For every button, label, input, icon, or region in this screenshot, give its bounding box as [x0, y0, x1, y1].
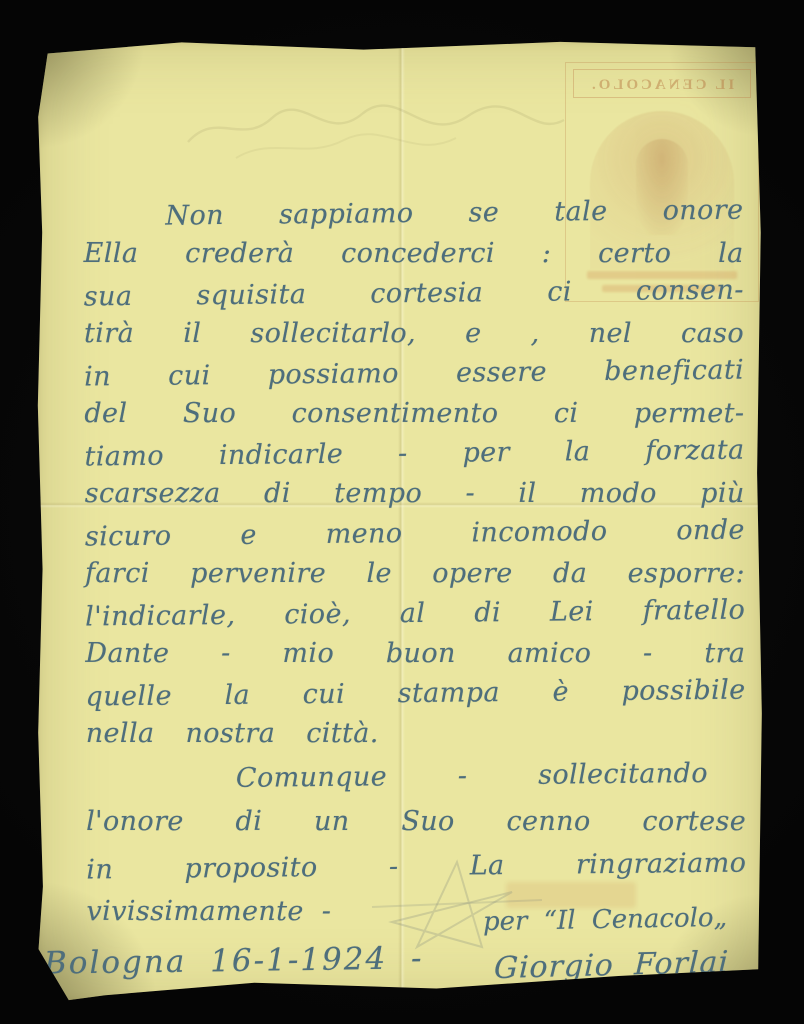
letter-line-12: Dante - mio buon amico - tra [85, 635, 745, 675]
letter-line-6: del Suo consentimento ci permet- [84, 395, 744, 435]
letter-line-3: sua squisita cortesia ci consen- [84, 272, 744, 319]
scan-background: IL CENACOLO. Non sappiamo se tale onore … [0, 0, 804, 1024]
bleedthrough-marks [176, 80, 576, 170]
letter-line-9: sicuro e meno incomodo onde [85, 512, 745, 559]
letter-line-11: l'indicarle, cioè, al di Lei fratello [85, 592, 745, 639]
letter-line-8: scarsezza di tempo - il modo più [85, 475, 745, 515]
letter-line-16: l'onore di un Suo cenno cortese [86, 800, 746, 845]
dateline: Bologna 16-1-1924 - [44, 940, 424, 981]
letter-line-15: Comunque - sollecitando [86, 752, 746, 804]
letter-line-7: tiamo indicarle - per la forzata [84, 432, 744, 479]
signature-pencil-note: (Forlai) [650, 983, 726, 1012]
letter-line-17: in proposito - La ringraziamo [86, 842, 746, 894]
letter-line-5: in cui possiamo essere beneficati [84, 352, 744, 399]
letter-line-2: Ella crederà concederci : certo la [84, 235, 744, 275]
letter-body: Non sappiamo se tale onore Ella crederà … [83, 194, 746, 937]
letter-paper: IL CENACOLO. Non sappiamo se tale onore … [36, 40, 764, 1002]
signature: Giorgio Forlai [493, 945, 729, 986]
letter-line-13: quelle la cui stampa è possibile [85, 672, 745, 719]
closing-line: per “Il Cenacolo„ [483, 903, 728, 937]
letter-line-4: tirà il sollecitarlo, e , nel caso [84, 315, 744, 355]
letter-line-14: nella nostra città. [86, 715, 746, 755]
letter-line-1: Non sappiamo se tale onore [83, 192, 743, 239]
letterhead-stamp-title: IL CENACOLO. [589, 77, 734, 94]
letter-line-10: farci pervenire le opere da esporre: [85, 555, 745, 595]
letterhead-stamp-frame: IL CENACOLO. [573, 69, 751, 98]
